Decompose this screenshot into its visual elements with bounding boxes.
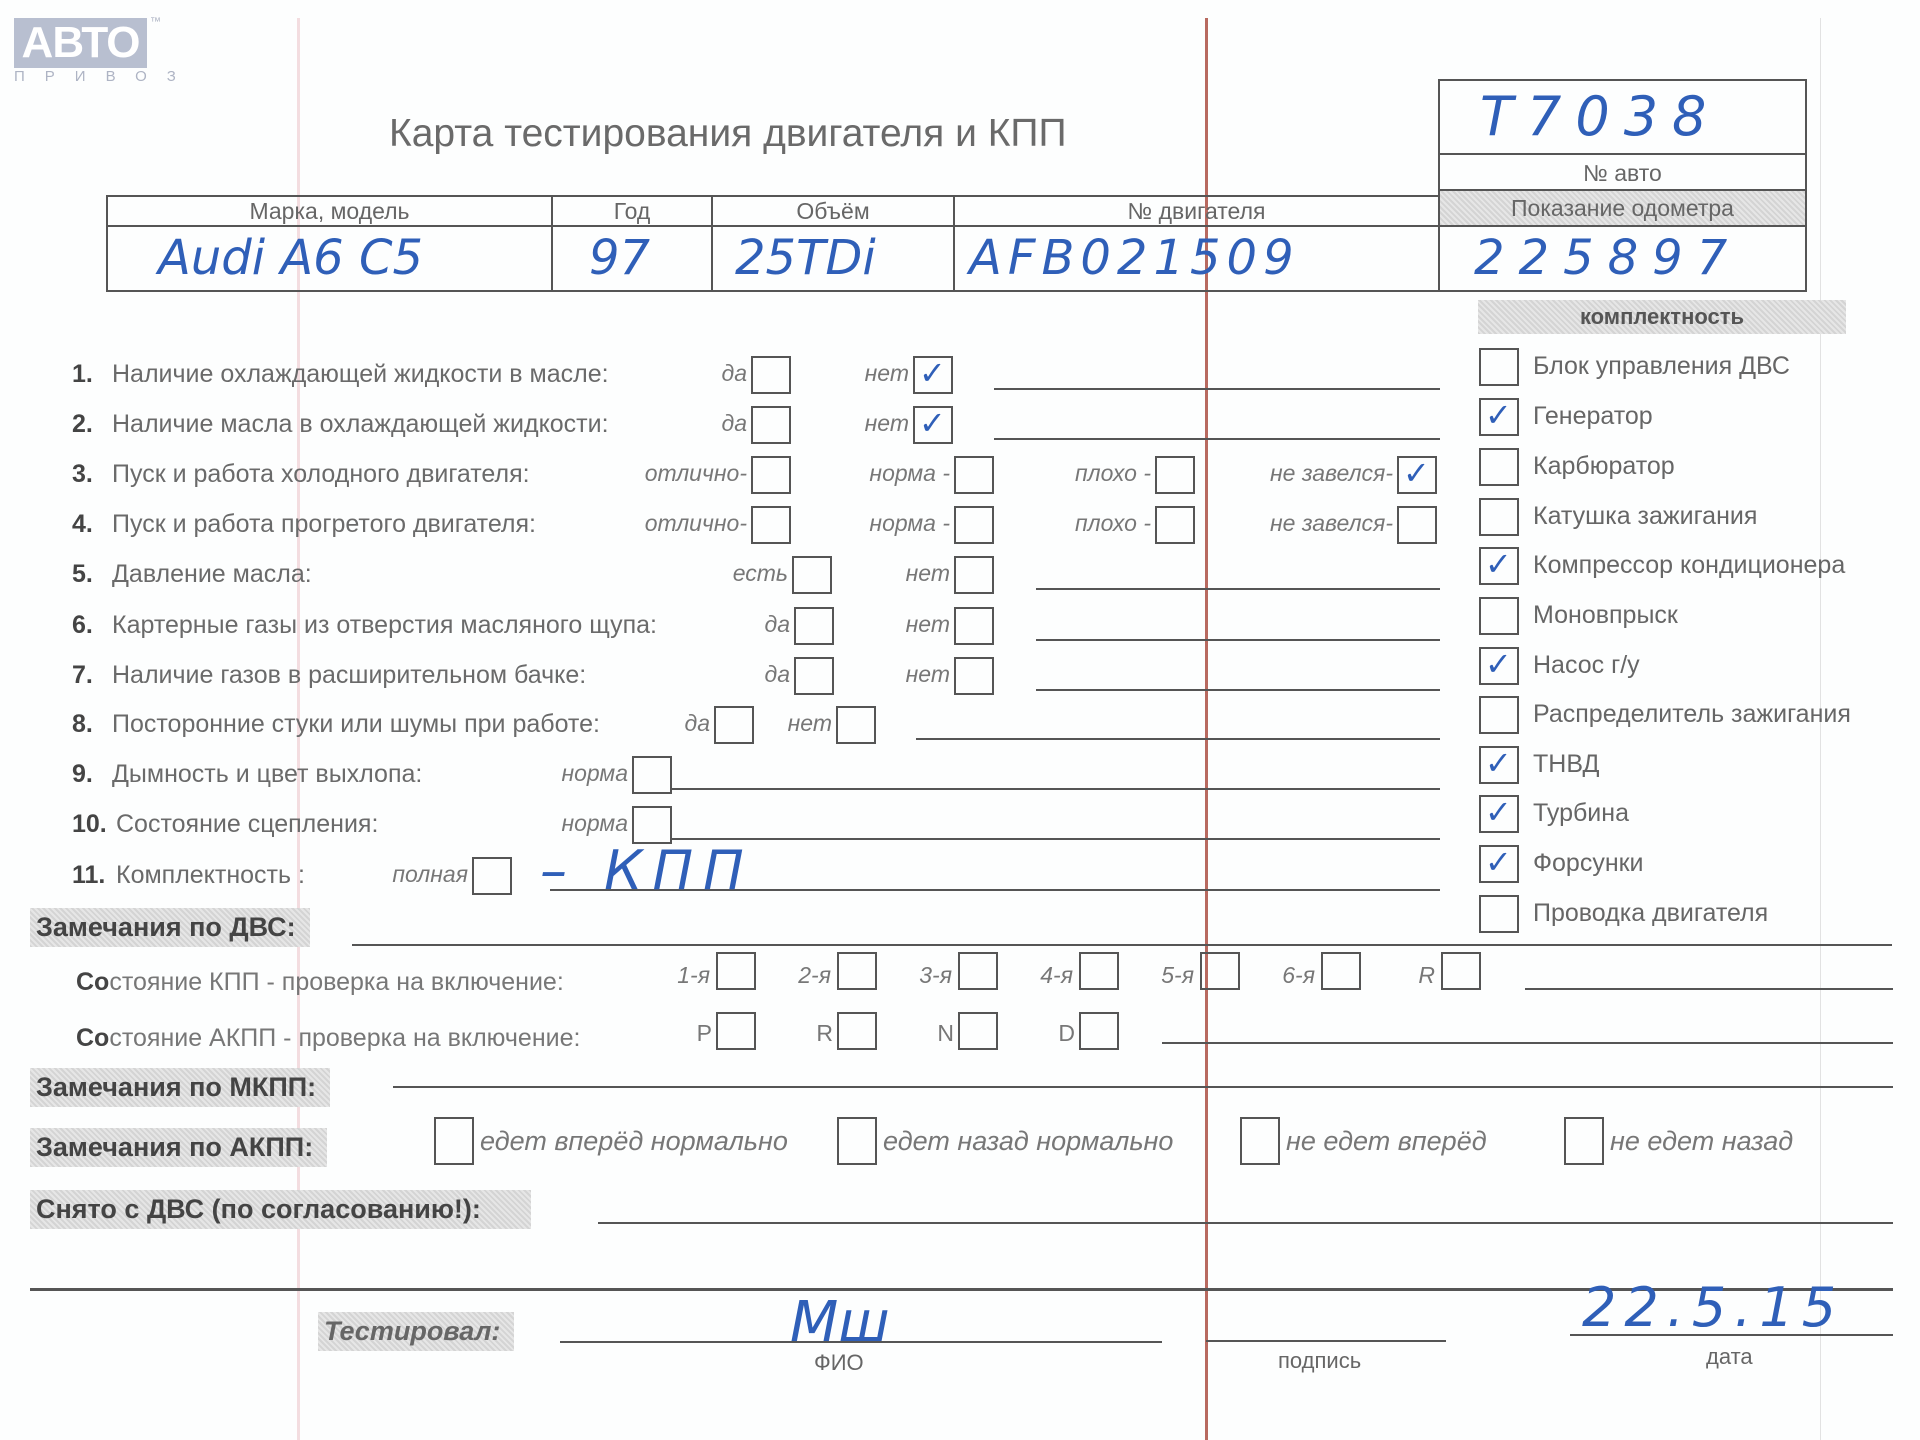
remarks-dvs-line[interactable] [352,944,1892,946]
option-checkbox[interactable]: ✓ [913,406,953,444]
watermark-tm: ™ [150,16,161,28]
option-label: нет [0,661,950,688]
date-line [1570,1334,1893,1336]
completeness-checkbox[interactable] [1479,448,1519,486]
akpp-remark-label: едет назад нормально [883,1126,1173,1157]
akpp-remark-label: не едет назад [1610,1126,1793,1157]
option-label: нет [0,360,909,387]
col-header-odometer: Показание одометра [1438,189,1807,227]
option-label: полная [0,861,468,888]
remarks-line[interactable] [994,438,1440,440]
cell-engine-number: AFB021509 [953,225,1440,292]
remarks-line[interactable] [994,388,1440,390]
signature-line[interactable] [1206,1340,1446,1342]
checkmark-icon: ✓ [1403,454,1430,492]
date-caption: дата [1706,1344,1753,1370]
item-note[interactable]: – КПП [540,839,754,902]
auto-number-value[interactable]: T7038 [1440,81,1805,153]
remarks-akpp-label: Замечания по АКПП: [30,1128,327,1167]
completeness-checkbox[interactable]: ✓ [1479,845,1519,883]
remarks-mkpp-label: Замечания по МКПП: [30,1068,330,1107]
checkmark-icon: ✓ [1485,843,1512,881]
fio-caption: ФИО [814,1350,864,1376]
gear-label: R [0,962,1435,989]
akpp-remarks-line[interactable] [1162,1042,1893,1044]
option-label: нет [0,410,909,437]
option-checkbox[interactable] [954,657,994,695]
option-checkbox[interactable] [1397,506,1437,544]
tested-by-label: Тестировал: [318,1312,514,1351]
date-value[interactable]: 22.5.15 [1582,1276,1844,1339]
completeness-checkbox[interactable] [1479,895,1519,933]
completeness-label: Турбина [1533,799,1629,828]
cell-odometer: 225897 [1438,225,1807,292]
option-checkbox[interactable] [954,556,994,594]
page-title: Карта тестирования двигателя и КПП [389,112,1066,156]
option-label: норма [0,760,628,787]
removed-line[interactable] [598,1222,1893,1224]
fio-line [560,1341,1162,1343]
remarks-line[interactable] [1036,639,1440,641]
completeness-label: Моновпрыск [1533,601,1678,630]
akpp-remark-label: едет вперёд нормально [480,1126,788,1157]
year-value[interactable]: 97 [553,227,711,289]
cell-make-model: Audi A6 C5 [106,225,553,292]
checkmark-icon: ✓ [1485,793,1512,831]
completeness-label: Распределитель зажигания [1533,700,1851,729]
col-header-make-model: Марка, модель [106,195,553,227]
completeness-label: ТНВД [1533,750,1599,779]
option-label: не завелся- [0,460,1393,487]
option-label: нет [0,710,832,737]
option-checkbox[interactable] [836,706,876,744]
remarks-dvs-label: Замечания по ДВС: [30,908,310,947]
completeness-label: Генератор [1533,402,1653,431]
remarks-line[interactable] [672,788,1440,790]
completeness-heading: комплектность [1478,300,1846,334]
engine-number-value[interactable]: AFB021509 [955,227,1438,289]
remarks-line[interactable] [916,738,1440,740]
completeness-checkbox[interactable] [1479,348,1519,386]
completeness-label: Компрессор кондиционера [1533,551,1845,580]
completeness-label: Проводка двигателя [1533,899,1768,928]
tester-name-value[interactable]: Мш [790,1290,890,1355]
akpp-remark-label: не едет вперёд [1286,1126,1487,1157]
akpp-remark-checkbox[interactable] [1240,1117,1280,1165]
remarks-line[interactable] [1036,689,1440,691]
completeness-checkbox[interactable] [1479,498,1519,536]
completeness-checkbox[interactable] [1479,696,1519,734]
auto-number-label: № авто [1438,153,1807,191]
checkmark-icon: ✓ [919,404,946,442]
option-label: норма [0,810,628,837]
option-label: нет [0,560,950,587]
akpp-remark-checkbox[interactable] [837,1117,877,1165]
removed-label: Снято с ДВС (по согласованию!): [30,1190,531,1229]
checkmark-icon: ✓ [1485,545,1512,583]
option-label: не завелся- [0,510,1393,537]
option-checkbox[interactable] [954,607,994,645]
col-header-year: Год [551,195,713,227]
option-checkbox[interactable] [632,756,672,794]
gear-checkbox[interactable] [1079,1012,1119,1050]
gear-checkbox[interactable] [1441,952,1481,990]
remarks-line[interactable] [1036,588,1440,590]
completeness-label: Блок управления ДВС [1533,352,1790,381]
checkmark-icon: ✓ [1485,645,1512,683]
margin-line-gray [1820,18,1821,1440]
checkmark-icon: ✓ [1485,744,1512,782]
completeness-checkbox[interactable] [1479,597,1519,635]
odometer-value[interactable]: 225897 [1440,227,1805,289]
akpp-remark-checkbox[interactable] [434,1117,474,1165]
signature-caption: подпись [1278,1348,1361,1374]
cell-year: 97 [551,225,713,292]
checkmark-icon: ✓ [919,354,946,392]
checkmark-icon: ✓ [1485,396,1512,434]
watermark-subtitle: ПРИВОЗ [14,68,196,85]
auto-number-box: T7038 [1438,79,1807,155]
completeness-checkbox[interactable]: ✓ [1479,746,1519,784]
cell-volume: 25TDi [711,225,955,292]
kpp-remarks-line[interactable] [1525,988,1893,990]
watermark-logo: АВТО [14,18,147,68]
remarks-mkpp-line[interactable] [393,1086,1893,1088]
volume-value[interactable]: 25TDi [713,227,953,289]
option-checkbox[interactable] [472,857,512,895]
akpp-remark-checkbox[interactable] [1564,1117,1604,1165]
completeness-label: Насос г/у [1533,651,1640,680]
completeness-label: Карбюратор [1533,452,1675,481]
completeness-label: Форсунки [1533,849,1644,878]
option-checkbox[interactable]: ✓ [913,356,953,394]
gear-label: D [0,1020,1075,1047]
completeness-checkbox[interactable]: ✓ [1479,547,1519,585]
remarks-line[interactable] [672,838,1440,840]
make-model-value[interactable]: Audi A6 C5 [108,227,551,289]
completeness-checkbox[interactable]: ✓ [1479,647,1519,685]
option-checkbox[interactable]: ✓ [1397,456,1437,494]
completeness-checkbox[interactable]: ✓ [1479,795,1519,833]
option-label: нет [0,611,950,638]
col-header-volume: Объём [711,195,955,227]
completeness-label: Катушка зажигания [1533,502,1757,531]
completeness-checkbox[interactable]: ✓ [1479,398,1519,436]
col-header-engine-number: № двигателя [953,195,1440,227]
